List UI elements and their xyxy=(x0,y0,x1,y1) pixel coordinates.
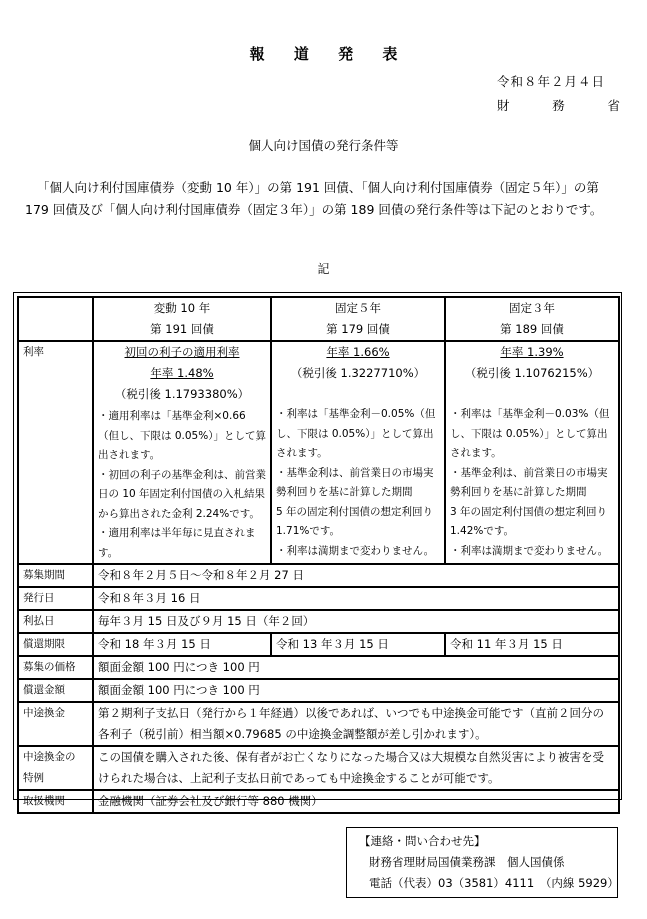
rate-heading: 初回の利子の適用利率 xyxy=(98,342,266,363)
issuer: 財 務 省 xyxy=(497,96,620,114)
bond-series: 第 189 回債 xyxy=(450,319,614,340)
subject-heading: 個人向け国債の発行条件等 xyxy=(0,136,647,154)
row-label: 中途換金の 特例 xyxy=(18,746,93,790)
annual-rate: 年率 1.66% xyxy=(276,342,440,363)
row-label: 償還金額 xyxy=(18,679,93,702)
row-value: 第２期利子支払日（発行から１年経過）以後であれば、いつでも中途換金可能です（直前… xyxy=(93,702,619,746)
header-fixed-5y: 固定５年 第 179 回債 xyxy=(271,297,445,341)
table-row-early-redemption: 中途換金 第２期利子支払日（発行から１年経過）以後であれば、いつでも中途換金可能… xyxy=(18,702,619,746)
rate-notes: ・利率は「基準金利－0.05%（但し、下限は 0.05%）」として算出されます。… xyxy=(276,405,440,561)
rate-note: ・利率は満期まで変わりません。 xyxy=(450,542,614,562)
table-header-row: 変動 10 年 第 191 回債 固定５年 第 179 回債 固定３年 第 18… xyxy=(18,297,619,341)
maturity-floating-10y: 令和 18 年３月 15 日 xyxy=(93,633,271,656)
annual-rate: 年率 1.39% xyxy=(450,342,614,363)
row-label: 募集の価格 xyxy=(18,656,93,679)
table-row-redemption-amount: 償還金額 額面金額 100 円につき 100 円 xyxy=(18,679,619,702)
table-row-offer-period: 募集期間 令和８年２月５日～令和８年２月 27 日 xyxy=(18,564,619,587)
row-label: 償還期限 xyxy=(18,633,93,656)
rate-note: ・基準金利は、前営業日の市場実勢利回りを基に計算した期間 xyxy=(450,464,614,503)
rate-note: ・適用利率は「基準金利×0.66（但し、下限は 0.05%）」として算出されます… xyxy=(98,407,266,466)
table-row-rate: 利率 初回の利子の適用利率 年率 1.48% （税引後 1.1793380%） … xyxy=(18,341,619,564)
row-label: 中途換金 xyxy=(18,702,93,746)
header-blank-cell xyxy=(18,297,93,341)
table-row-offer-price: 募集の価格 額面金額 100 円につき 100 円 xyxy=(18,656,619,679)
contact-box: 【連絡・問い合わせ先】 財務省理財局国債業務課 個人国債係 電話（代表）03（3… xyxy=(346,827,618,898)
bond-type: 固定３年 xyxy=(450,298,614,319)
row-value: この国債を購入された後、保有者がお亡くなりになった場合又は大規模な自然災害により… xyxy=(93,746,619,790)
after-tax-rate: （税引後 1.1793380%） xyxy=(98,384,266,405)
after-tax-rate: （税引後 1.1076215%） xyxy=(450,363,614,384)
rate-note: 5 年の固定利付国債の想定利回り 1.71%です。 xyxy=(276,503,440,542)
intro-paragraph: 「個人向け利付国庫債券（変動 10 年）」の第 191 回債、「個人向け利付国庫… xyxy=(25,177,625,221)
issuer-char: 財 xyxy=(497,96,510,114)
row-value: 額面金額 100 円につき 100 円 xyxy=(93,679,619,702)
annual-rate: 年率 1.48% xyxy=(98,363,266,384)
after-tax-rate: （税引後 1.3227710%） xyxy=(276,363,440,384)
contact-heading: 【連絡・問い合わせ先】 xyxy=(359,831,617,852)
rate-floating-10y: 初回の利子の適用利率 年率 1.48% （税引後 1.1793380%） ・適用… xyxy=(93,341,271,564)
rate-fixed-5y: 年率 1.66% （税引後 1.3227710%） ・利率は「基準金利－0.05… xyxy=(271,341,445,564)
row-label: 発行日 xyxy=(18,587,93,610)
row-label: 募集期間 xyxy=(18,564,93,587)
ki-marker: 記 xyxy=(0,260,647,277)
rate-note: ・利率は満期まで変わりません。 xyxy=(276,542,440,562)
row-value: 令和８年３月 16 日 xyxy=(93,587,619,610)
row-label: 利率 xyxy=(18,341,93,564)
bond-series: 第 191 回債 xyxy=(98,319,266,340)
maturity-fixed-5y: 令和 13 年３月 15 日 xyxy=(271,633,445,656)
contact-department: 財務省理財局国債業務課 個人国債係 xyxy=(359,852,617,873)
rate-note: ・初回の利子の基準金利は、前営業日の 10 年固定利付国債の入札結果から算出され… xyxy=(98,466,266,525)
bond-type: 変動 10 年 xyxy=(98,298,266,319)
rate-note: 3 年の固定利付国債の想定利回り 1.42%です。 xyxy=(450,503,614,542)
bond-series: 第 179 回債 xyxy=(276,319,440,340)
table-row-early-redemption-special: 中途換金の 特例 この国債を購入された後、保有者がお亡くなりになった場合又は大規… xyxy=(18,746,619,790)
release-date: 令和８年２月４日 xyxy=(497,72,622,90)
table-row-maturity: 償還期限 令和 18 年３月 15 日 令和 13 年３月 15 日 令和 11… xyxy=(18,633,619,656)
rate-notes: ・適用利率は「基準金利×0.66（但し、下限は 0.05%）」として算出されます… xyxy=(98,407,266,563)
table-row-issue-date: 発行日 令和８年３月 16 日 xyxy=(18,587,619,610)
row-label-line: 中途換金の xyxy=(23,747,88,768)
bond-type: 固定５年 xyxy=(276,298,440,319)
row-value: 金融機関（証券会社及び銀行等 880 機関） xyxy=(93,790,619,813)
issuer-char: 務 xyxy=(552,96,565,114)
row-value: 毎年３月 15 日及び９月 15 日（年２回） xyxy=(93,610,619,633)
rate-note: ・利率は「基準金利－0.05%（但し、下限は 0.05%）」として算出されます。 xyxy=(276,405,440,464)
rate-notes: ・利率は「基準金利－0.03%（但し、下限は 0.05%）」として算出されます。… xyxy=(450,405,614,561)
row-label: 利払日 xyxy=(18,610,93,633)
header-fixed-3y: 固定３年 第 189 回債 xyxy=(445,297,619,341)
page-title: 報 道 発 表 xyxy=(0,43,647,64)
row-label-line: 特例 xyxy=(23,768,88,789)
table-row-interest-dates: 利払日 毎年３月 15 日及び９月 15 日（年２回） xyxy=(18,610,619,633)
contact-phone: 電話（代表）03（3581）4111 （内線 5929） xyxy=(359,873,617,894)
rate-note: ・利率は「基準金利－0.03%（但し、下限は 0.05%）」として算出されます。 xyxy=(450,405,614,464)
table-row-institutions: 取扱機関 金融機関（証券会社及び銀行等 880 機関） xyxy=(18,790,619,813)
rate-fixed-3y: 年率 1.39% （税引後 1.1076215%） ・利率は「基準金利－0.03… xyxy=(445,341,619,564)
issuance-terms-table: 変動 10 年 第 191 回債 固定５年 第 179 回債 固定３年 第 18… xyxy=(17,296,620,814)
header-floating-10y: 変動 10 年 第 191 回債 xyxy=(93,297,271,341)
row-value: 令和８年２月５日～令和８年２月 27 日 xyxy=(93,564,619,587)
maturity-fixed-3y: 令和 11 年３月 15 日 xyxy=(445,633,619,656)
row-value: 額面金額 100 円につき 100 円 xyxy=(93,656,619,679)
rate-note: ・適用利率は半年毎に見直されます。 xyxy=(98,524,266,563)
row-label: 取扱機関 xyxy=(18,790,93,813)
issuer-char: 省 xyxy=(607,96,620,114)
rate-note: ・基準金利は、前営業日の市場実勢利回りを基に計算した期間 xyxy=(276,464,440,503)
